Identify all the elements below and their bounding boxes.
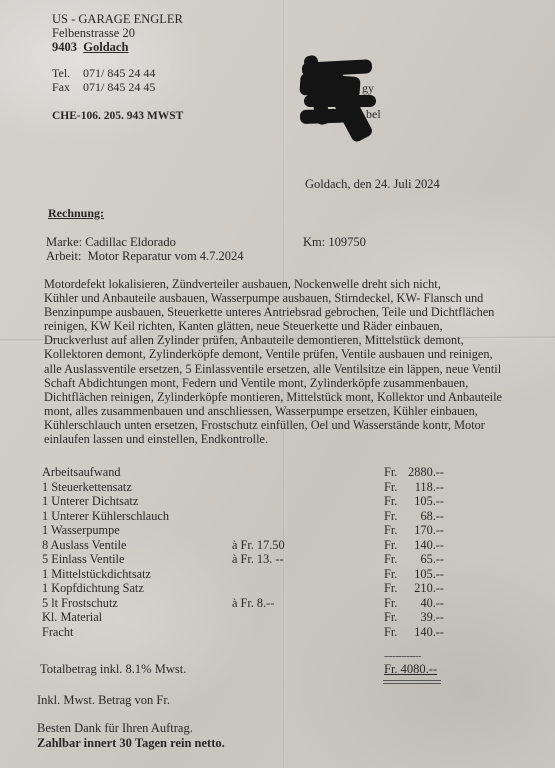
tel-row: Tel. 071/ 845 24 44 [52,67,155,81]
subtotal-rule: ------------- [384,651,421,662]
vat-amount-line: Inkl. Mwst. Betrag von Fr. [37,693,170,708]
item-name: 1 Steuerkettensatz [42,480,132,494]
item-name: 5 Einlass Ventile [42,552,124,566]
recipient-fragment: bel [366,107,381,122]
line-item: 5 Einlass Ventileà Fr. 13. --Fr.65.-- [42,552,462,567]
invoice-title: Rechnung: [48,206,104,221]
description-line: Schaft Abdichtungen mont, Federn und Ven… [44,376,549,390]
description-line: Kollektoren demont, Zylinderköpfe demont… [44,347,549,361]
item-amount: 170.-- [384,523,444,537]
zip: 9403 [52,40,77,54]
line-item: FrachtFr.140.-- [42,625,462,640]
line-item: ArbeitsaufwandFr.2880.-- [42,465,462,480]
total-double-underline [383,680,441,684]
description-line: Kühler und Anbauteile ausbauen, Wasserpu… [44,291,549,305]
city: Goldach [83,40,128,54]
description-line: Kühlerschlauch unten ersetzen, Frostschu… [44,418,549,432]
recipient-address-redacted: gy o bel [300,55,410,125]
item-name: Arbeitsaufwand [42,465,121,479]
item-name: 1 Wasserpumpe [42,523,120,537]
item-name: 1 Mittelstückdichtsatz [42,567,151,581]
item-amount: 105.-- [384,494,444,508]
invoice-date: Goldach, den 24. Juli 2024 [305,177,440,192]
work-value: Motor Reparatur vom 4.7.2024 [88,249,244,263]
fax-label: Fax [52,81,83,95]
item-amount: 68.-- [384,509,444,523]
contact-block: Tel. 071/ 845 24 44 Fax 071/ 845 24 45 [52,67,155,94]
total-amount: Fr. 4080.-- [384,662,437,677]
item-amount: 39.-- [384,610,444,624]
km-value: 109750 [328,235,366,249]
line-items: ArbeitsaufwandFr.2880.--1 Steuerkettensa… [42,465,462,640]
thanks-note: Besten Dank für Ihren Auftrag. [37,721,193,736]
total-label: Totalbetrag inkl. 8.1% Mwst. [40,662,186,677]
payment-terms: Zahlbar innert 30 Tagen rein netto. [37,736,225,751]
zip-city: 9403 Goldach [52,40,183,54]
line-item: 5 lt Frostschutzà Fr. 8.--Fr.40.-- [42,596,462,611]
item-amount: 140.-- [384,538,444,552]
sender-address: US - GARAGE ENGLER Felbenstrasse 20 9403… [52,12,183,54]
item-amount: 40.-- [384,596,444,610]
line-item: 1 Unterer KühlerschlauchFr.68.-- [42,509,462,524]
vat-id: CHE-106. 205. 943 MWST [52,110,183,122]
item-unit-price: à Fr. 8.-- [232,596,274,610]
km-label: Km: [303,235,325,249]
item-name: 8 Auslass Ventile [42,538,127,552]
fax-row: Fax 071/ 845 24 45 [52,81,155,95]
description-line: Benzinpumpe ausbauen, Steuerkette untere… [44,305,549,319]
line-item: 1 SteuerkettensatzFr.118.-- [42,480,462,495]
mileage: Km: 109750 [303,235,366,250]
item-amount: 2880.-- [384,465,444,479]
item-amount: 105.-- [384,567,444,581]
recipient-fragment: gy [362,81,374,96]
item-name: 1 Kopfdichtung Satz [42,581,144,595]
work-description: Arbeit: Motor Reparatur vom 4.7.2024 [46,249,244,264]
item-name: 5 lt Frostschutz [42,596,118,610]
item-unit-price: à Fr. 13. -- [232,552,284,566]
item-name: 1 Unterer Dichtsatz [42,494,138,508]
description-line: Dichtflächen reinigen, Zylinderköpfe mon… [44,390,549,404]
work-label: Arbeit: [46,249,81,263]
line-item: 8 Auslass Ventileà Fr. 17.50Fr.140.-- [42,538,462,553]
item-amount: 210.-- [384,581,444,595]
line-item: Kl. MaterialFr.39.-- [42,610,462,625]
line-item: 1 Kopfdichtung SatzFr.210.-- [42,581,462,596]
brand-label: Marke: [46,235,82,249]
brand-value: Cadillac Eldorado [85,235,176,249]
item-amount: 65.-- [384,552,444,566]
company-name: US - GARAGE ENGLER [52,12,183,26]
description-line: alle Auslassventile ersetzen, 5 Einlassv… [44,362,549,376]
item-name: 1 Unterer Kühlerschlauch [42,509,169,523]
tel-label: Tel. [52,67,83,81]
description-line: reinigen, KW Keil richten, Kanten glätte… [44,319,549,333]
description-line: Druckverlust auf allen Zylinder prüfen, … [44,333,549,347]
item-name: Kl. Material [42,610,102,624]
line-item: 1 WasserpumpeFr.170.-- [42,523,462,538]
item-unit-price: à Fr. 17.50 [232,538,285,552]
description-line: einlaufen lassen und einstellen, Endkont… [44,432,549,446]
tel-number: 071/ 845 24 44 [83,67,155,81]
line-item: 1 Unterer DichtsatzFr.105.-- [42,494,462,509]
description-line: mont, alles zusammenbauen und anschliess… [44,404,549,418]
line-item: 1 MittelstückdichtsatzFr.105.-- [42,567,462,582]
item-amount: 140.-- [384,625,444,639]
item-amount: 118.-- [384,480,444,494]
work-details-paragraph: Motordefekt lokalisieren, Zündverteiler … [44,277,549,446]
street: Felbenstrasse 20 [52,26,183,40]
item-name: Fracht [42,625,73,639]
vehicle-brand: Marke: Cadillac Eldorado [46,235,176,250]
fax-number: 071/ 845 24 45 [83,81,155,95]
description-line: Motordefekt lokalisieren, Zündverteiler … [44,277,549,291]
